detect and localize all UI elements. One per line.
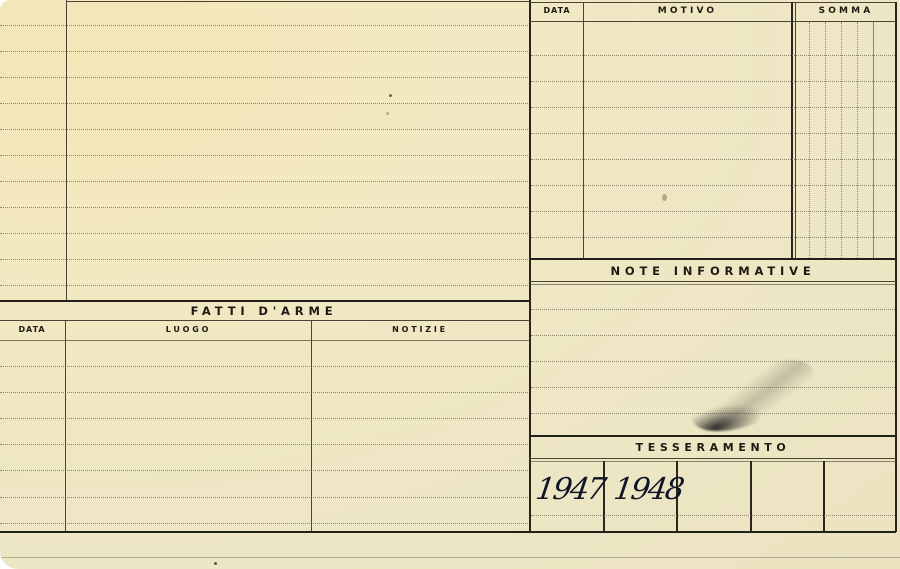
fatti-darme-title: FATTI D'ARME (0, 304, 528, 318)
tesseramento-title: TESSERAMENTO (531, 441, 895, 454)
ink-smudge (683, 349, 824, 441)
fatti-header-data: DATA (0, 325, 64, 334)
tesseramento-cell-1: 1947 (534, 472, 607, 507)
fatti-header-notizie: NOTIZIE (312, 325, 528, 334)
payments-header-somma: SOMMA (796, 6, 896, 16)
payments-header-motivo: MOTIVO (584, 6, 791, 16)
paper-speck (662, 194, 667, 201)
paper-speck (389, 94, 392, 97)
left-margin-line (66, 0, 67, 300)
payments-header-data: DATA (532, 6, 582, 15)
paper-speck (386, 112, 389, 115)
paper-speck (214, 562, 217, 565)
tesseramento-cell-2: 1948 (612, 472, 685, 507)
top-border (66, 1, 530, 2)
record-card: DATA MOTIVO SOMMA NOTE INFORMATIVE (0, 0, 900, 569)
bottom-trim-line (0, 557, 900, 558)
fatti-header-luogo: LUOGO (66, 325, 311, 334)
note-informative-title: NOTE INFORMATIVE (531, 264, 895, 278)
